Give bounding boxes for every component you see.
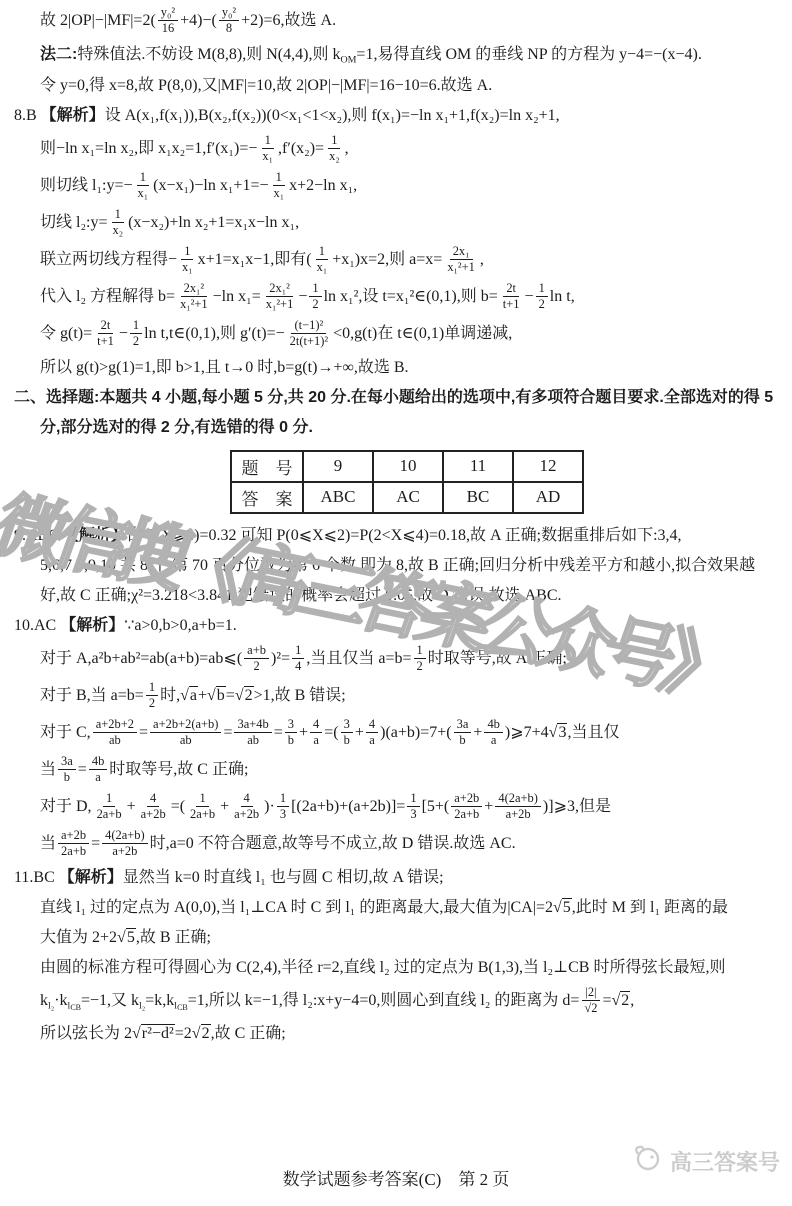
- radical: √3: [549, 723, 568, 741]
- bold-text: 二、选择题:本题共 4 小题,每小题 5 分,共 20 分.在每小题给出的选项中…: [14, 389, 773, 406]
- solution-text-block-top: 故 2|OP|−|MF|=2(y₀²16+4)−(y₀²8+2)=6,故选 A.…: [14, 6, 786, 440]
- fraction: 3b: [285, 717, 297, 748]
- wechat-logo-icon: [631, 1144, 665, 1178]
- text-line: 由圆的标准方程可得圆心为 C(2,4),半径 r=2,直线 l₂ 过的定点为 B…: [14, 956, 786, 980]
- publisher-logo: 高三答案号: [631, 1144, 780, 1178]
- fraction: a+2b2a+b: [451, 791, 482, 822]
- text-line: 代入 l₂ 方程解得 b=2x₁²x₁²+1−ln x₁=2x₁²x₁²+1−1…: [14, 282, 786, 313]
- text-line: 9.ABC 【解析】由 P(X⩾4)=0.32 可知 P(0⩽X⩽2)=P(2<…: [14, 524, 786, 548]
- text-line: 则切线 l₁:y=−1x₁(x−x₁)−ln x₁+1=−1x₁x+2−ln x…: [14, 171, 786, 202]
- text-line: kl₂·klCB=−1,又 kl₂=k,klCB=1,所以 k=−1,得 l₂:…: [14, 986, 786, 1017]
- answer-cell: AC: [373, 482, 443, 513]
- text-line: 对于 C,a+2b+2ab=a+2b+2(a+b)ab=3a+4bab=3b+4…: [14, 718, 786, 749]
- question-number-cell: 9: [303, 451, 373, 482]
- fraction: 13: [277, 791, 289, 822]
- fraction: 2x₁²x₁²+1: [177, 281, 211, 312]
- fraction: 1x₁: [135, 170, 152, 201]
- fraction: 12a+b: [187, 791, 218, 822]
- radical: √a: [180, 686, 198, 704]
- text-line: 则−ln x₁=ln x₂,即 x₁x₂=1,f′(x₁)=−1x₁,f′(x₂…: [14, 134, 786, 165]
- answer-table-number-row: 题 号 9101112: [231, 451, 583, 482]
- fraction: 12: [130, 318, 142, 349]
- fraction: 3b: [341, 717, 353, 748]
- bold-text: 法二:: [40, 46, 77, 63]
- text-line: 联立两切线方程得−1x₁x+1=x₁x−1,即有(1x₁+x₁)x=2,则 a=…: [14, 245, 786, 276]
- text-line: 大值为 2+2√5,故 B 正确;: [14, 926, 786, 950]
- text-line: 11.BC 【解析】显然当 k=0 时直线 l₁ 也与圆 C 相切,故 A 错误…: [14, 866, 786, 890]
- text-line: 5,6,7,8,9,10 共 8 个,第 70 百分位数为第 6 个数,即为 8…: [14, 554, 786, 578]
- bold-text: 【解析】: [63, 527, 127, 544]
- text-line: 所以 g(t)>g(1)=1,即 b>1,且 t→0 时,b=g(t)→+∞,故…: [14, 356, 786, 380]
- fraction: 4ba: [89, 754, 107, 785]
- text-line: 二、选择题:本题共 4 小题,每小题 5 分,共 20 分.在每小题给出的选项中…: [14, 386, 786, 410]
- answer-sheet-page: 故 2|OP|−|MF|=2(y₀²16+4)−(y₀²8+2)=6,故选 A.…: [0, 0, 792, 1046]
- radical: √r²−d²: [132, 1024, 175, 1042]
- text-line: 分,部分选对的得 2 分,有选错的得 0 分.: [14, 416, 786, 440]
- fraction: a+2b+2(a+b)ab: [150, 717, 221, 748]
- fraction: 12: [309, 281, 321, 312]
- fraction: 4a: [366, 717, 378, 748]
- bold-text: 【解析】: [60, 617, 124, 634]
- fraction: 4(2a+b)a+2b: [495, 791, 541, 822]
- fraction: y₀²16: [158, 5, 178, 36]
- fraction: 12: [536, 281, 548, 312]
- text-line: 令 y=0,得 x=8,故 P(8,0),又|MF|=10,故 2|OP|−|M…: [14, 74, 786, 98]
- fraction: 1x₁: [179, 244, 196, 275]
- radical: √2: [192, 1024, 211, 1042]
- radical: √2: [235, 686, 254, 704]
- fraction: a+2b+2ab: [93, 717, 137, 748]
- question-number-cell: 11: [443, 451, 513, 482]
- subscript: OM: [340, 54, 356, 65]
- fraction: 12a+b: [94, 791, 125, 822]
- fraction: 3ab: [454, 717, 472, 748]
- text-line: 切线 l₂:y=1x₂(x−x₂)+ln x₂+1=x₁x−ln x₁,: [14, 208, 786, 239]
- text-line: 令 g(t)=2tt+1−12ln t,t∈(0,1),则 g′(t)=−(t−…: [14, 319, 786, 350]
- fraction: 13: [407, 791, 419, 822]
- fraction: 1x₁: [314, 244, 331, 275]
- fraction: 2x₁²x₁²+1: [263, 281, 297, 312]
- fraction: 12: [414, 643, 426, 674]
- fraction: 3a+4bab: [234, 717, 271, 748]
- fraction: 1x₁: [271, 170, 288, 201]
- subscript: CB: [70, 1002, 81, 1011]
- fraction: 4(2a+b)a+2b: [102, 828, 148, 859]
- answer-table-number-label: 题 号: [231, 451, 303, 482]
- text-line: 好,故 C 正确;χ²=3.218<3.841,犯错误的概率会超过 0.05,故…: [14, 584, 786, 608]
- bold-text: 分,部分选对的得 2 分,有选错的得 0 分.: [40, 419, 313, 436]
- fraction: 2tt+1: [94, 318, 117, 349]
- answer-table-answer-row: 答 案 ABCACBCAD: [231, 482, 583, 513]
- solution-text-block-bottom: 9.ABC 【解析】由 P(X⩾4)=0.32 可知 P(0⩽X⩽2)=P(2<…: [14, 524, 786, 1047]
- radical: √b: [207, 686, 226, 704]
- subscript: l₂: [48, 1000, 54, 1011]
- answer-table-answer-label: 答 案: [231, 482, 303, 513]
- answer-cell: BC: [443, 482, 513, 513]
- fraction: y₀²8: [219, 5, 239, 36]
- fraction: 4a+2b: [138, 791, 169, 822]
- fraction: 3ab: [58, 754, 76, 785]
- fraction: |2|√2: [581, 985, 600, 1016]
- subscript: CB: [177, 1002, 188, 1011]
- fraction: 14: [292, 643, 304, 674]
- bold-text: 【解析】: [59, 869, 123, 886]
- text-line: 10.AC 【解析】∵a>0,b>0,a+b=1.: [14, 614, 786, 638]
- text-line: 对于 D,12a+b+4a+2b=(12a+b+4a+2b)·13[(2a+b)…: [14, 792, 786, 823]
- publisher-logo-text: 高三答案号: [670, 1146, 780, 1177]
- subscript: l₂: [139, 1000, 145, 1011]
- text-line: 对于 A,a²b+ab²=ab(a+b)=ab⩽(a+b2)²=14,当且仅当 …: [14, 644, 786, 675]
- fraction: 1x₂: [326, 133, 343, 164]
- answer-cell: AD: [513, 482, 583, 513]
- text-line: 8.B 【解析】设 A(x₁,f(x₁)),B(x₂,f(x₂))(0<x₁<1…: [14, 104, 786, 128]
- fraction: (t−1)²2t(t+1)²: [287, 318, 331, 349]
- fraction: 1x₂: [110, 207, 127, 238]
- text-line: 直线 l₁ 过的定点为 A(0,0),当 l₁⊥CA 时 C 到 l₁ 的距离最…: [14, 896, 786, 920]
- text-line: 当3ab=4ba时取等号,故 C 正确;: [14, 755, 786, 786]
- fraction: 2x₁x₁²+1: [444, 244, 478, 275]
- radical: √5: [117, 928, 136, 946]
- text-line: 当a+2b2a+b=4(2a+b)a+2b时,a=0 不符合题意,故等号不成立,…: [14, 829, 786, 860]
- answer-cell: ABC: [303, 482, 373, 513]
- text-line: 法二:特殊值法.不妨设 M(8,8),则 N(4,4),则 kOM=1,易得直线…: [14, 43, 786, 68]
- question-number-cell: 10: [373, 451, 443, 482]
- fraction: a+b2: [244, 643, 269, 674]
- text-line: 对于 B,当 a=b=12时,√a+√b=√2>1,故 B 错误;: [14, 681, 786, 712]
- fraction: 4a+2b: [231, 791, 262, 822]
- text-line: 故 2|OP|−|MF|=2(y₀²16+4)−(y₀²8+2)=6,故选 A.: [14, 6, 786, 37]
- fraction: 4a: [310, 717, 322, 748]
- answer-table: 题 号 9101112 答 案 ABCACBCAD: [230, 450, 584, 514]
- radical: √2: [612, 991, 631, 1009]
- question-number-cell: 12: [513, 451, 583, 482]
- text-line: 所以弦长为 2√r²−d²=2√2,故 C 正确;: [14, 1022, 786, 1046]
- bold-text: 【解析】: [41, 107, 105, 124]
- fraction: 12: [146, 680, 158, 711]
- radical: √5: [553, 898, 572, 916]
- fraction: 1x₁: [259, 133, 276, 164]
- fraction: a+2b2a+b: [58, 828, 89, 859]
- fraction: 2tt+1: [500, 281, 523, 312]
- fraction: 4ba: [484, 717, 502, 748]
